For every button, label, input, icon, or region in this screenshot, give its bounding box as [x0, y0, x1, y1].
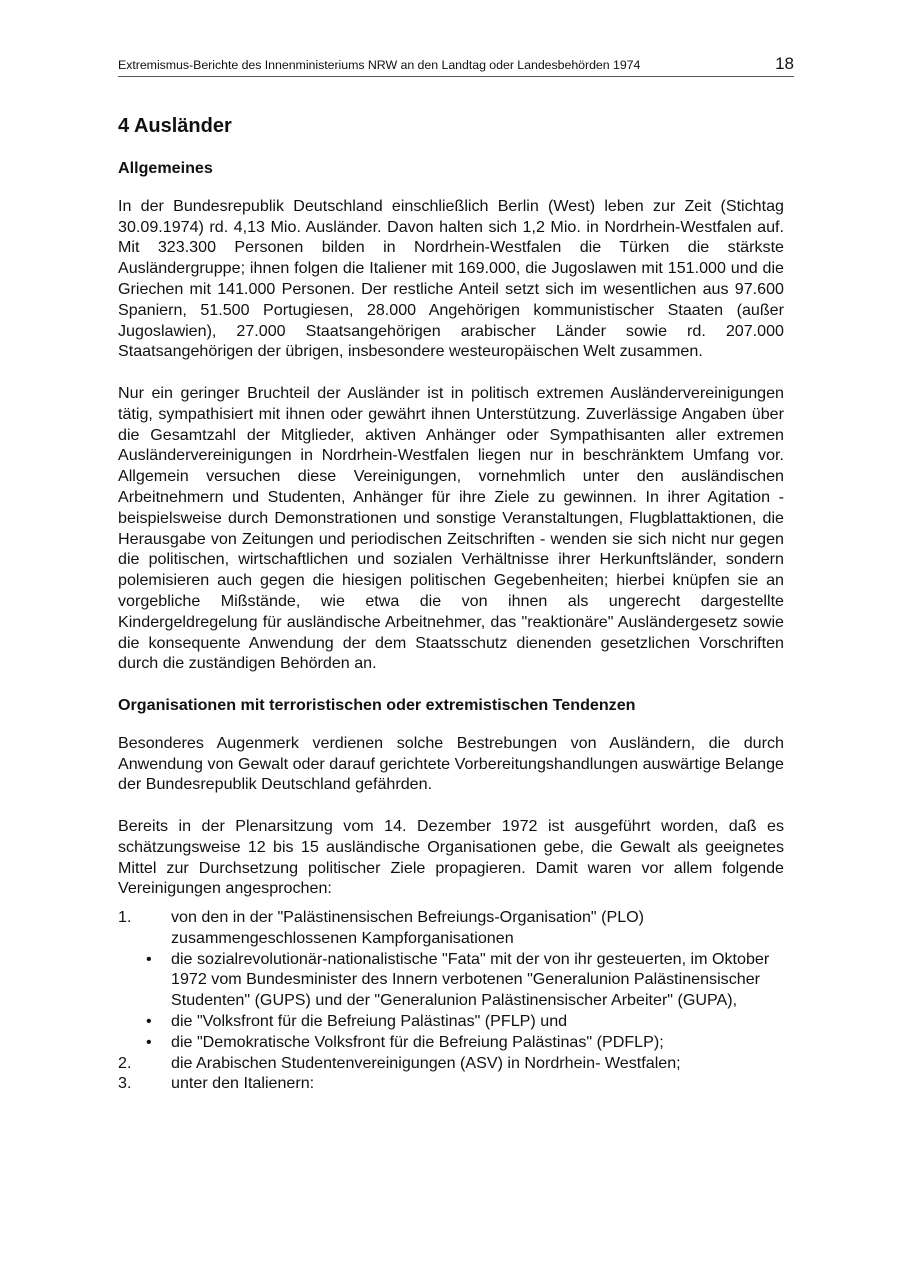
paragraph-population: In der Bundesrepublik Deutschland einsch…: [118, 196, 784, 362]
list-number: 3.: [118, 1073, 131, 1094]
list-item-text: die Arabischen Studentenvereinigungen (A…: [171, 1054, 681, 1072]
document-body: Allgemeines In der Bundesrepublik Deutsc…: [118, 158, 784, 1094]
bullet-item: • die sozialrevolutionär-nationalistisch…: [118, 949, 784, 1011]
list-number: 1.: [118, 907, 131, 928]
header-title: Extremismus-Berichte des Innenministeriu…: [118, 58, 640, 72]
section-heading-general: Allgemeines: [118, 158, 784, 179]
plo-bullet-list: • die sozialrevolutionär-nationalistisch…: [118, 949, 784, 1053]
paragraph-extremist-associations: Nur ein geringer Bruchteil der Ausländer…: [118, 383, 784, 674]
page-number: 18: [775, 54, 794, 74]
bullet-icon: •: [146, 1011, 152, 1032]
list-item: 2. die Arabischen Studentenvereinigungen…: [118, 1053, 784, 1074]
bullet-item: • die "Volksfront für die Befreiung Palä…: [118, 1011, 784, 1032]
bullet-text: die "Demokratische Volksfront für die Be…: [171, 1033, 664, 1051]
chapter-title: 4 Ausländer: [118, 115, 232, 138]
list-number: 2.: [118, 1053, 131, 1074]
list-item-text: unter den Italienern:: [171, 1074, 314, 1092]
paragraph-special-attention: Besonderes Augenmerk verdienen solche Be…: [118, 733, 784, 795]
bullet-text: die "Volksfront für die Befreiung Paläst…: [171, 1012, 567, 1030]
section-heading-organisations: Organisationen mit terroristischen oder …: [118, 695, 784, 716]
list-item-text: von den in der "Palästinensischen Befrei…: [171, 908, 644, 947]
sub-list-container: • die sozialrevolutionär-nationalistisch…: [118, 949, 784, 1053]
bullet-icon: •: [146, 949, 152, 970]
bullet-text: die sozialrevolutionär-nationalistische …: [171, 950, 769, 1010]
running-header: Extremismus-Berichte des Innenministeriu…: [118, 52, 794, 77]
bullet-item: • die "Demokratische Volksfront für die …: [118, 1032, 784, 1053]
paragraph-plenary-session: Bereits in der Plenarsitzung vom 14. Dez…: [118, 816, 784, 899]
organisation-list: 1. von den in der "Palästinensischen Bef…: [118, 907, 784, 1094]
list-item: 3. unter den Italienern:: [118, 1073, 784, 1094]
list-item: 1. von den in der "Palästinensischen Bef…: [118, 907, 784, 949]
bullet-icon: •: [146, 1032, 152, 1053]
